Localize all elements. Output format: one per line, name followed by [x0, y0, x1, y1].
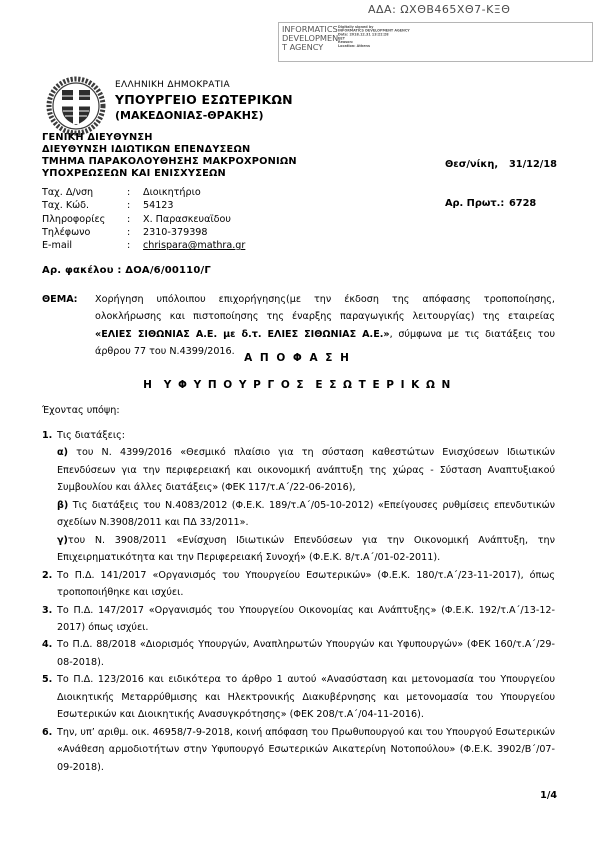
- page-number: 1/4: [540, 790, 557, 801]
- item-body: Τις διατάξεις: α) του Ν. 4399/2016 «Θεσμ…: [57, 427, 555, 567]
- item-number: 6.: [42, 724, 57, 776]
- region-line: (ΜΑΚΕΔΟΝΙΑΣ-ΘΡΑΚΗΣ): [115, 109, 293, 122]
- subject-company-name: «ΕΛΙΕΣ ΣΙΘΩΝΙΑΣ Α.Ε. με δ.τ. ΕΛΙΕΣ ΣΙΘΩΝ…: [95, 329, 390, 340]
- digital-signature-stamp: INFORMATICS DEVELOPMEN T AGENCY Digitall…: [278, 22, 593, 62]
- signature-details: Digitally signed by INFORMATICS DEVELOPM…: [338, 25, 435, 48]
- contact-value: 54123: [143, 199, 174, 212]
- sub-marker: γ): [57, 535, 68, 546]
- contact-separator: :: [127, 186, 143, 199]
- contact-value: 2310-379398: [143, 226, 208, 239]
- having-regard-intro: Έχοντας υπόψη:: [42, 405, 120, 416]
- item-body: Την, υπ’ αριθμ. οικ. 46958/7-9-2018, κοι…: [57, 724, 555, 776]
- contact-row-postcode: Ταχ. Κώδ. : 54123: [42, 199, 245, 212]
- item-number: 3.: [42, 602, 57, 637]
- letterhead-text: ΕΛΛΗΝΙΚΗ ΔΗΜΟΚΡΑΤΙΑ ΥΠΟΥΡΓΕΙΟ ΕΣΩΤΕΡΙΚΩΝ…: [115, 76, 293, 122]
- item-body: Το Π.Δ. 147/2017 «Οργανισμός του Υπουργε…: [57, 602, 555, 637]
- hellenic-republic-line: ΕΛΛΗΝΙΚΗ ΔΗΜΟΚΡΑΤΙΑ: [115, 80, 293, 90]
- sub-text: του Ν. 3908/2011 «Ενίσχυση Ιδιωτικών Επε…: [57, 535, 555, 563]
- contact-row-email: E-mail : chrispara@mathra.gr: [42, 239, 245, 252]
- contact-label: Ταχ. Δ/νση: [42, 186, 127, 199]
- item-number: 4.: [42, 636, 57, 671]
- contact-row-information: Πληροφορίες : Χ. Παρασκευαϊδου: [42, 213, 245, 226]
- item1-head: Τις διατάξεις:: [57, 427, 555, 444]
- list-item: 6. Την, υπ’ αριθμ. οικ. 46958/7-9-2018, …: [42, 724, 555, 776]
- contact-label: Πληροφορίες: [42, 213, 127, 226]
- regulation-list: 1. Τις διατάξεις: α) του Ν. 4399/2016 «Θ…: [42, 427, 555, 776]
- signature-agency-name: INFORMATICS DEVELOPMEN T AGENCY: [279, 23, 336, 53]
- decision-subtitle: Η Υ Φ Υ Π Ο Υ Ρ Γ Ο Σ Ε Σ Ω Τ Ε Ρ Ι Κ Ω …: [0, 379, 595, 391]
- date-protocol-block: Θεσ/νίκη, 31/12/18 Αρ. Πρωτ.: 6728: [445, 132, 557, 236]
- list-item: 1. Τις διατάξεις: α) του Ν. 4399/2016 «Θ…: [42, 427, 555, 567]
- sub-text: Τις διατάξεις του Ν.4083/2012 (Φ.Ε.Κ. 18…: [57, 500, 555, 528]
- item1-sub-b: β) Τις διατάξεις του Ν.4083/2012 (Φ.Ε.Κ.…: [57, 497, 555, 532]
- item-number: 2.: [42, 567, 57, 602]
- contact-label: Ταχ. Κώδ.: [42, 199, 127, 212]
- decision-title: Α Π Ο Φ Α Σ Η: [0, 352, 595, 364]
- subject-text: Χορήγηση υπόλοιπου επιχορήγησης(με την έ…: [95, 291, 555, 361]
- document-date: 31/12/18: [509, 158, 557, 171]
- list-item: 4. Το Π.Δ. 88/2018 «Διορισμός Υπουργών, …: [42, 636, 555, 671]
- contact-separator: :: [127, 213, 143, 226]
- contact-row-telephone: Τηλέφωνο : 2310-379398: [42, 226, 245, 239]
- contact-label: Τηλέφωνο: [42, 226, 127, 239]
- item-number: 1.: [42, 427, 57, 567]
- subject-label: ΘΕΜΑ:: [42, 291, 95, 361]
- sub-text: του Ν. 4399/2016 «Θεσμικό πλαίσιο για τη…: [57, 447, 555, 493]
- contact-info: Ταχ. Δ/νση : Διοικητήριο Ταχ. Κώδ. : 541…: [42, 186, 245, 252]
- place-label: Θεσ/νίκη,: [445, 158, 509, 171]
- list-item: 3. Το Π.Δ. 147/2017 «Οργανισμός του Υπου…: [42, 602, 555, 637]
- subject-block: ΘΕΜΑ: Χορήγηση υπόλοιπου επιχορήγησης(με…: [42, 291, 555, 361]
- item1-sub-a: α) του Ν. 4399/2016 «Θεσμικό πλαίσιο για…: [57, 444, 555, 496]
- contact-row-address: Ταχ. Δ/νση : Διοικητήριο: [42, 186, 245, 199]
- list-item: 5. Το Π.Δ. 123/2016 και ειδικότερα το άρ…: [42, 671, 555, 723]
- item1-sub-c: γ)του Ν. 3908/2011 «Ενίσχυση Ιδιωτικών Ε…: [57, 532, 555, 567]
- contact-label: E-mail: [42, 239, 127, 252]
- protocol-number: 6728: [509, 197, 536, 210]
- item-number: 5.: [42, 671, 57, 723]
- ministry-name: ΥΠΟΥΡΓΕΙΟ ΕΣΩΤΕΡΙΚΩΝ: [115, 92, 293, 107]
- file-number: Αρ. φακέλου : ΔΟΑ/6/00110/Γ: [42, 265, 211, 276]
- contact-value: Χ. Παρασκευαϊδου: [143, 213, 231, 226]
- subject-part1: Χορήγηση υπόλοιπου επιχορήγησης(με την έ…: [95, 294, 555, 322]
- protocol-label: Αρ. Πρωτ.:: [445, 197, 509, 210]
- greek-coat-of-arms-icon: [45, 76, 107, 136]
- list-item: 2. Το Π.Δ. 141/2017 «Οργανισμός του Υπου…: [42, 567, 555, 602]
- email-link[interactable]: chrispara@mathra.gr: [143, 239, 245, 252]
- letterhead: ΕΛΛΗΝΙΚΗ ΔΗΜΟΚΡΑΤΙΑ ΥΠΟΥΡΓΕΙΟ ΕΣΩΤΕΡΙΚΩΝ…: [45, 76, 293, 136]
- document-page: ΑΔΑ: ΩΧΘΒ465ΧΘ7-ΚΞΘ INFORMATICS DEVELOPM…: [0, 0, 595, 842]
- item-body: Το Π.Δ. 123/2016 και ειδικότερα το άρθρο…: [57, 671, 555, 723]
- sub-marker: α): [57, 447, 68, 458]
- item-body: Το Π.Δ. 141/2017 «Οργανισμός του Υπουργε…: [57, 567, 555, 602]
- contact-separator: :: [127, 199, 143, 212]
- contact-separator: :: [127, 226, 143, 239]
- sub-marker: β): [57, 500, 68, 511]
- ada-code: ΑΔΑ: ΩΧΘΒ465ΧΘ7-ΚΞΘ: [368, 3, 510, 16]
- contact-separator: :: [127, 239, 143, 252]
- contact-value: Διοικητήριο: [143, 186, 201, 199]
- item-body: Το Π.Δ. 88/2018 «Διορισμός Υπουργών, Ανα…: [57, 636, 555, 671]
